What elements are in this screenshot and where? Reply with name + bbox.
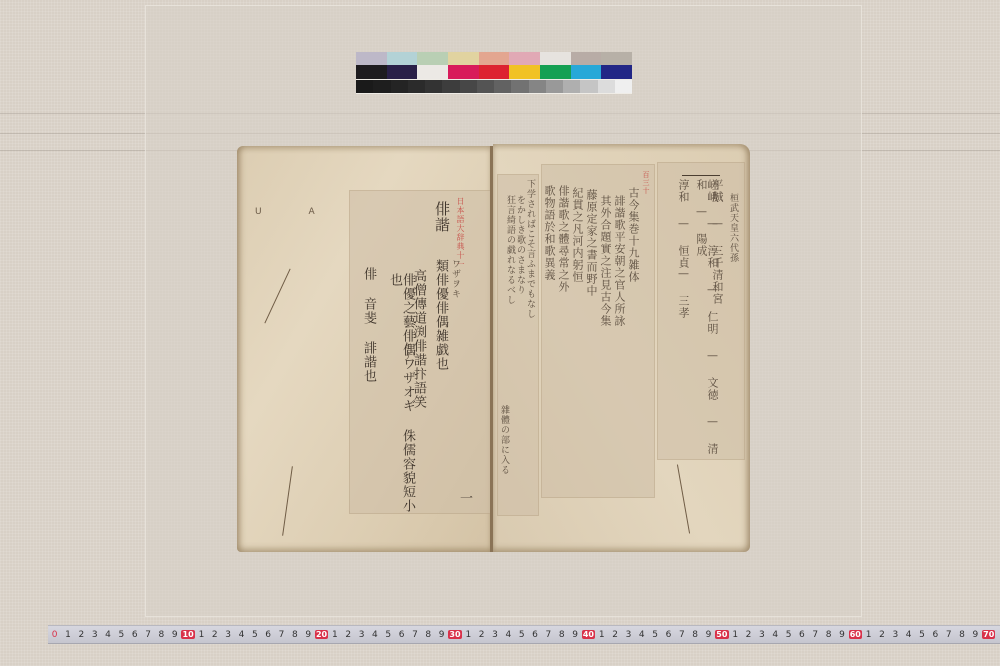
- genealogy-line-3: 淳和 — 恒貞: [678, 179, 689, 269]
- ruler-tick-label: 4: [101, 630, 114, 640]
- ruler-tick-label: 4: [635, 630, 648, 640]
- genealogy-line-4: — 三孝: [678, 267, 689, 319]
- ruler-tick-label: 6: [128, 630, 141, 640]
- color-swatch: [509, 52, 540, 65]
- ruler-tick-label: 3: [755, 630, 768, 640]
- color-swatch: [580, 80, 597, 93]
- ruler-tick-label: 2: [342, 630, 355, 640]
- ruler-tick-label: 1: [595, 630, 608, 640]
- ruler-tick-label: 6: [528, 630, 541, 640]
- ruler-tick-label: 60: [849, 630, 862, 639]
- ruler-tick-label: 20: [315, 630, 328, 639]
- slip-a-line-4: 狂言綺語の戯れなるべし: [505, 195, 514, 305]
- genealogy-bracket: [682, 175, 720, 176]
- color-swatch: [387, 65, 418, 79]
- color-swatch: [417, 65, 448, 79]
- ruler-tick-label: 2: [875, 630, 888, 640]
- ruler-tick-label: 5: [382, 630, 395, 640]
- color-swatch: [460, 80, 477, 93]
- color-swatch: [479, 52, 510, 65]
- ruler-tick-label: 3: [88, 630, 101, 640]
- ruler-tick-label: 6: [662, 630, 675, 640]
- color-swatch: [408, 80, 425, 93]
- color-swatch: [477, 80, 494, 93]
- color-swatch: [448, 65, 479, 79]
- pasted-slip-a: 下学 さればこそ言ふまでもなし をかしき歌のさまなり 狂言綺語の戯れなるべし 雜…: [497, 174, 539, 516]
- color-swatch: [540, 52, 571, 65]
- open-book: U A 日本語大辞典十一 俳諧 類俳優俳偶雑戯也 ワザヲキ 高僧傳道渕俳諧抃語笑…: [237, 144, 750, 554]
- ruler-tick-label: 5: [782, 630, 795, 640]
- ruler-tick-label: 8: [155, 630, 168, 640]
- ruby-text-2: ヒナ: [402, 341, 411, 361]
- ruler-tick-label: 3: [488, 630, 501, 640]
- ruler-tick-label: 2: [75, 630, 88, 640]
- ruler-tick-label: 5: [648, 630, 661, 640]
- color-swatch: [615, 80, 632, 93]
- ruler-tick-label: 9: [835, 630, 848, 640]
- ruler-tick-label: 10: [181, 630, 194, 639]
- slip-b-line-1: 古今集巻十九雑体: [628, 187, 639, 283]
- ruler-tick-label: 7: [542, 630, 555, 640]
- ruler-tick-label: 9: [302, 630, 315, 640]
- red-page-number: 百三十: [642, 171, 649, 195]
- ruler-tick-label: 1: [195, 630, 208, 640]
- ruler-tick-label: 7: [141, 630, 154, 640]
- slip-b-line-3: 其外合題實之注見古今集: [600, 195, 611, 327]
- ruler-tick-label: 6: [262, 630, 275, 640]
- color-swatch: [387, 52, 418, 65]
- ruler-tick-label: 1: [729, 630, 742, 640]
- ruler-tick-label: 1: [328, 630, 341, 640]
- slip-b-line-5: 紀貫之凡河内躬恒: [572, 187, 583, 283]
- ruler-tick-label: 4: [502, 630, 515, 640]
- ruler-tick-label: 1: [462, 630, 475, 640]
- color-swatch: [529, 80, 546, 93]
- color-swatch: [442, 80, 459, 93]
- ruby-text-1: ワザヲキ: [450, 259, 459, 299]
- ruler-tick-label: 0: [48, 630, 61, 640]
- slip-b-line-6: 俳諧歌之體尋常之外: [558, 185, 569, 293]
- genealogy-header: 桓武天皇六代孫: [728, 193, 737, 263]
- color-swatch: [425, 80, 442, 93]
- ruler-tick-label: 40: [582, 630, 595, 639]
- ruler-tick-label: 5: [515, 630, 528, 640]
- ruler-tick-label: 9: [702, 630, 715, 640]
- folio-number: 一: [458, 491, 471, 505]
- ruler-tick-label: 2: [742, 630, 755, 640]
- ruler-tick-label: 3: [622, 630, 635, 640]
- ruler-tick-label: 9: [969, 630, 982, 640]
- color-swatch: [494, 80, 511, 93]
- ruler-tick-label: 9: [568, 630, 581, 640]
- color-swatch: [356, 65, 387, 79]
- ruler-tick-label: 9: [435, 630, 448, 640]
- ruler-tick-label: 6: [395, 630, 408, 640]
- slip-b-line-7: 歌物語於和歌異義: [544, 185, 555, 281]
- color-swatch: [373, 80, 390, 93]
- ruler-tick-label: 8: [555, 630, 568, 640]
- ruler-tick-label: 8: [822, 630, 835, 640]
- left-page: U A 日本語大辞典十一 俳諧 類俳優俳偶雑戯也 ワザヲキ 高僧傳道渕俳諧抃語笑…: [237, 146, 491, 552]
- slip-b-line-2: 誹諧歌平安朝之官人所詠: [614, 195, 625, 327]
- ruler-tick-label: 5: [248, 630, 261, 640]
- color-calibration-card: [356, 52, 632, 94]
- ruler-tick-label: 7: [275, 630, 288, 640]
- text-column-1: 類俳優俳偶雑戯也: [434, 259, 447, 371]
- ruler-tick-label: 1: [61, 630, 74, 640]
- ruler-tick-label: 4: [368, 630, 381, 640]
- paper-crack: [677, 464, 690, 533]
- slip-a-line-5: 雜體の部に入る: [499, 405, 508, 475]
- heading: 俳諧: [434, 201, 449, 233]
- paper-crack: [264, 269, 290, 324]
- ruler-tick-label: 2: [608, 630, 621, 640]
- ruler-tick-label: 6: [795, 630, 808, 640]
- color-swatch: [598, 80, 615, 93]
- color-swatch: [601, 65, 632, 79]
- color-swatch: [417, 52, 448, 65]
- slip-a-line-2: さればこそ言ふまでもなし: [525, 199, 534, 319]
- color-swatch: [448, 52, 479, 65]
- margin-marks: U A: [255, 208, 337, 217]
- slip-a-line-1: 下学: [525, 179, 534, 199]
- ruler-tick-label: 2: [475, 630, 488, 640]
- ruler-tick-label: 3: [355, 630, 368, 640]
- metric-ruler: 0123456789101234567892012345678930123456…: [48, 625, 1000, 644]
- slip-a-line-3: をかしき歌のさまなり: [515, 195, 524, 295]
- ruler-tick-label: 4: [235, 630, 248, 640]
- ruler-tick-label: 3: [221, 630, 234, 640]
- text-column-3: 俳優之藝俳偶ワザオギ 侏儒容貌短小也: [388, 273, 414, 513]
- color-swatch: [546, 80, 563, 93]
- ruler-tick-label: 4: [769, 630, 782, 640]
- ruler-tick-label: 30: [448, 630, 461, 639]
- color-card-saturated-row: [356, 65, 632, 79]
- genealogy-line-2: 嵯峨 — 淳和 — 仁明 — 文徳 — 清和 — 陽成: [696, 179, 718, 459]
- ruler-tick-label: 5: [115, 630, 128, 640]
- color-swatch: [540, 65, 571, 79]
- color-card-grayscale-row: [356, 80, 632, 93]
- color-swatch: [479, 65, 510, 79]
- ruler-tick-label: 7: [675, 630, 688, 640]
- ruler-tick-label: 6: [929, 630, 942, 640]
- ruler-tick-label: 7: [408, 630, 421, 640]
- paper-crack: [282, 466, 293, 535]
- ruler-tick-label: 5: [915, 630, 928, 640]
- ruler-tick-label: 3: [889, 630, 902, 640]
- ruler-tick-label: 1: [862, 630, 875, 640]
- color-swatch: [509, 65, 540, 79]
- ruler-tick-label: 2: [208, 630, 221, 640]
- ruler-tick-label: 50: [715, 630, 728, 639]
- ruler-tick-label: 7: [942, 630, 955, 640]
- ruler-tick-label: 7: [809, 630, 822, 640]
- color-swatch: [511, 80, 528, 93]
- color-swatch: [356, 52, 387, 65]
- ruler-tick-label: 8: [288, 630, 301, 640]
- text-column-4: 俳 音斐 誹諧也: [362, 267, 375, 383]
- ruler-tick-label: 4: [902, 630, 915, 640]
- color-swatch: [571, 52, 602, 65]
- color-swatch: [356, 80, 373, 93]
- pasted-slip-b: 百三十 古今集巻十九雑体 誹諧歌平安朝之官人所詠 其外合題實之注見古今集 藤原定…: [541, 164, 655, 498]
- color-swatch: [601, 52, 632, 65]
- color-swatch: [563, 80, 580, 93]
- color-swatch: [571, 65, 602, 79]
- pasted-note-slip: 日本語大辞典十一 俳諧 類俳優俳偶雑戯也 ワザヲキ 高僧傳道渕俳諧抃語笑 俳優之…: [349, 190, 491, 514]
- ruler-tick-label: 8: [422, 630, 435, 640]
- ruler-tick-label: 9: [168, 630, 181, 640]
- ruler-tick-label: 1: [995, 630, 1000, 640]
- ruler-tick-label: 8: [955, 630, 968, 640]
- ruler-tick-label: 70: [982, 630, 995, 639]
- color-swatch: [391, 80, 408, 93]
- genealogy-slip: 桓武天皇六代孫 平城 — 三千清和宮 嵯峨 — 淳和 — 仁明 — 文徳 — 清…: [657, 162, 745, 460]
- right-page: 下学 さればこそ言ふまでもなし をかしき歌のさまなり 狂言綺語の戯れなるべし 雜…: [493, 144, 750, 552]
- slip-b-line-4: 藤原定家之書而野中: [586, 189, 597, 297]
- color-card-pastel-row: [356, 52, 632, 65]
- ruler-tick-label: 8: [689, 630, 702, 640]
